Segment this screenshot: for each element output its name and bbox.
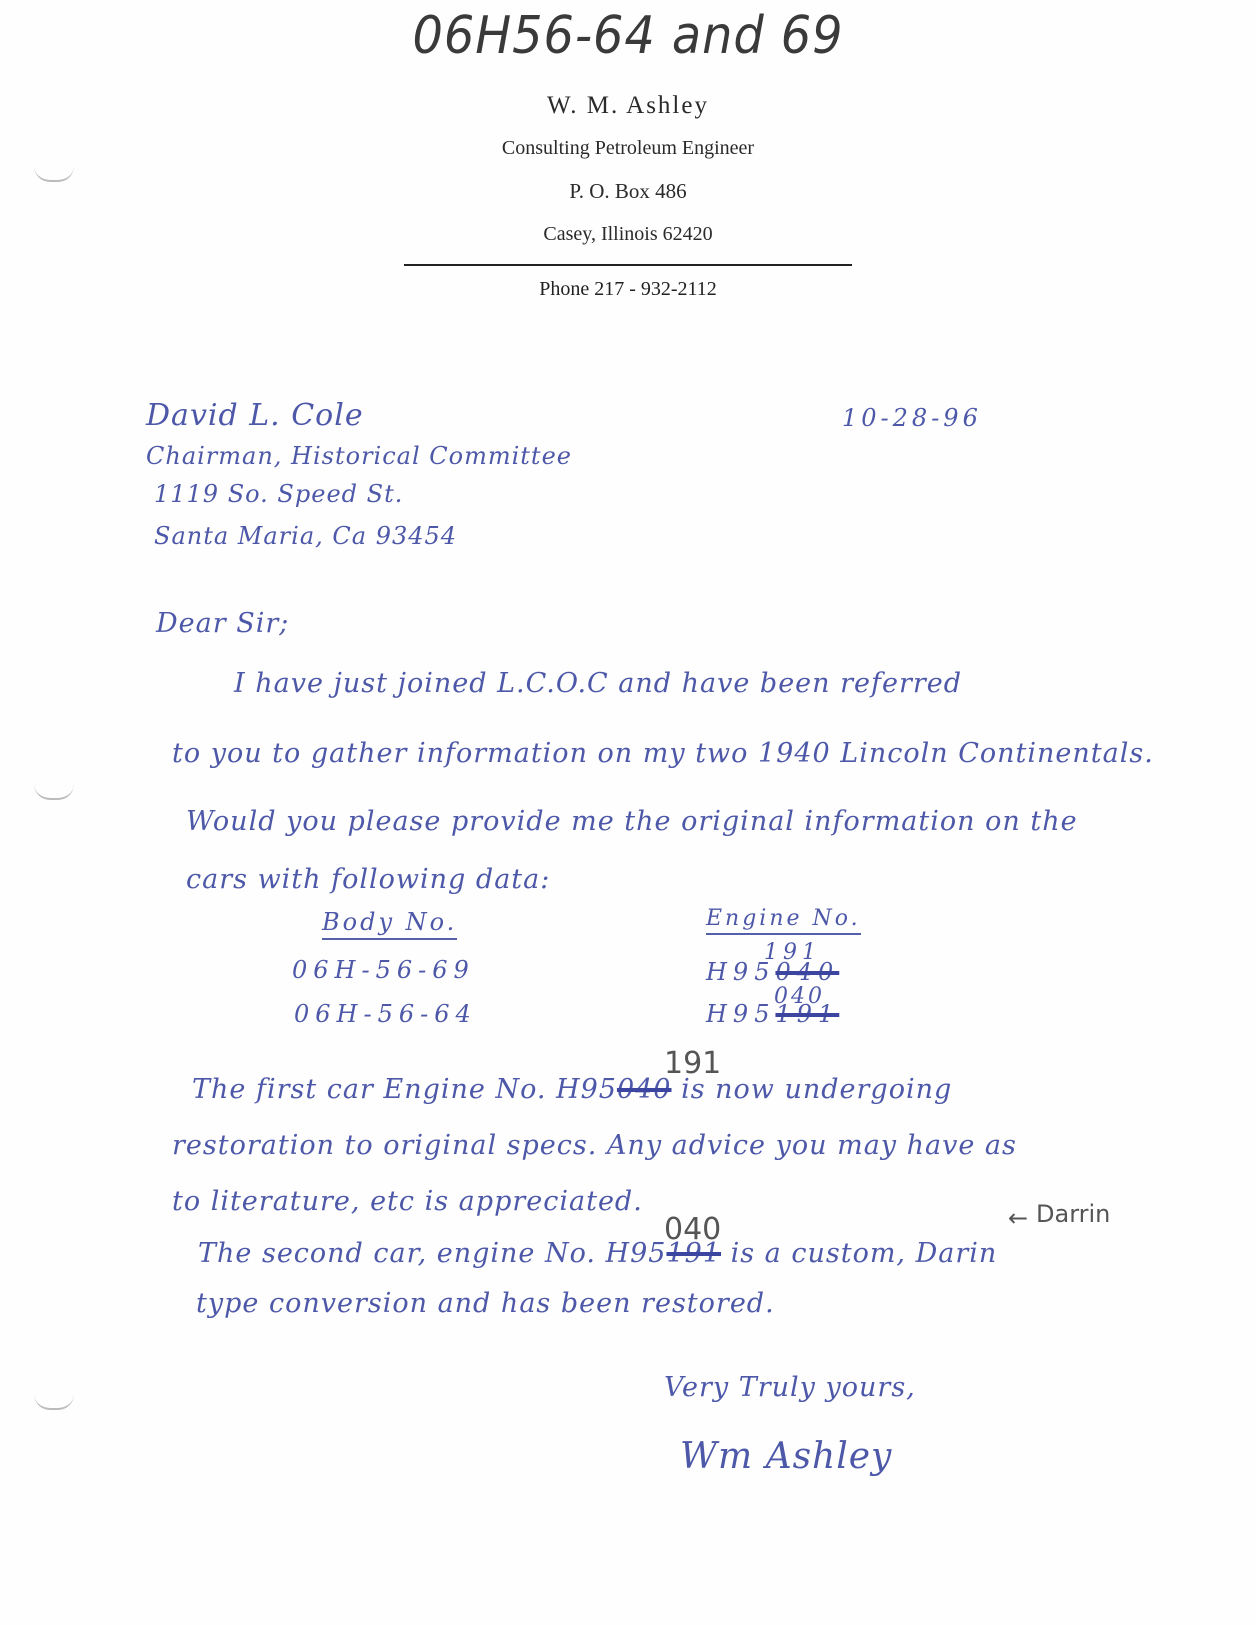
paragraph1-line3: Would you please provide me the original… xyxy=(186,806,1078,837)
paragraph1-line1: I have just joined L.C.O.C and have been… xyxy=(234,668,962,699)
letterhead-phone: Phone 217 - 932-2112 xyxy=(0,278,1256,301)
paragraph3-line2: type conversion and has been restored. xyxy=(196,1288,775,1319)
reference-number: 06H56-64 and 69 xyxy=(50,6,1206,66)
paragraph2-line3: to literature, etc is appreciated. xyxy=(172,1186,643,1217)
table-header-engine: Engine No. xyxy=(706,906,861,931)
recipient-title: Chairman, Historical Committee xyxy=(146,442,572,470)
letterhead-title: Consulting Petroleum Engineer xyxy=(0,127,1256,170)
letterhead: W. M. Ashley Consulting Petroleum Engine… xyxy=(0,84,1256,256)
table-row-2-body: 06H-56-64 xyxy=(294,1000,477,1028)
annotation-darrin: Darrin xyxy=(1036,1200,1110,1228)
salutation: Dear Sir; xyxy=(156,608,289,639)
recipient-name: David L. Cole xyxy=(146,398,364,433)
letterhead-divider xyxy=(404,264,852,266)
paragraph2-line1: The first car Engine No. H95040 is now u… xyxy=(192,1074,952,1105)
punch-hole-mark xyxy=(34,1394,74,1410)
letter-date: 10-28-96 xyxy=(842,404,982,432)
recipient-city: Santa Maria, Ca 93454 xyxy=(154,522,457,550)
letter-page: 06H56-64 and 69 W. M. Ashley Consulting … xyxy=(0,0,1256,1625)
table-row-2-engine-correction: 040 xyxy=(774,984,825,1009)
letterhead-name: W. M. Ashley xyxy=(0,84,1256,127)
letterhead-po-box: P. O. Box 486 xyxy=(0,170,1256,213)
letterhead-city: Casey, Illinois 62420 xyxy=(0,213,1256,256)
paragraph1-line4: cars with following data: xyxy=(186,864,550,895)
paragraph2-line2: restoration to original specs. Any advic… xyxy=(172,1130,1017,1161)
annotation-arrow: ← xyxy=(1008,1204,1028,1232)
paragraph3-correction: 040 xyxy=(664,1212,721,1247)
closing: Very Truly yours, xyxy=(664,1372,916,1403)
recipient-street: 1119 So. Speed St. xyxy=(154,480,403,508)
punch-hole-mark xyxy=(34,784,74,800)
paragraph2-correction: 191 xyxy=(664,1046,721,1081)
paragraph1-line2: to you to gather information on my two 1… xyxy=(172,738,1154,769)
table-row-1-engine-correction: 191 xyxy=(764,940,821,965)
paragraph3-line1: The second car, engine No. H95191 is a c… xyxy=(198,1238,997,1269)
table-row-1-body: 06H-56-69 xyxy=(292,956,475,984)
signature: Wm Ashley xyxy=(680,1436,892,1477)
table-header-body: Body No. xyxy=(322,908,457,936)
